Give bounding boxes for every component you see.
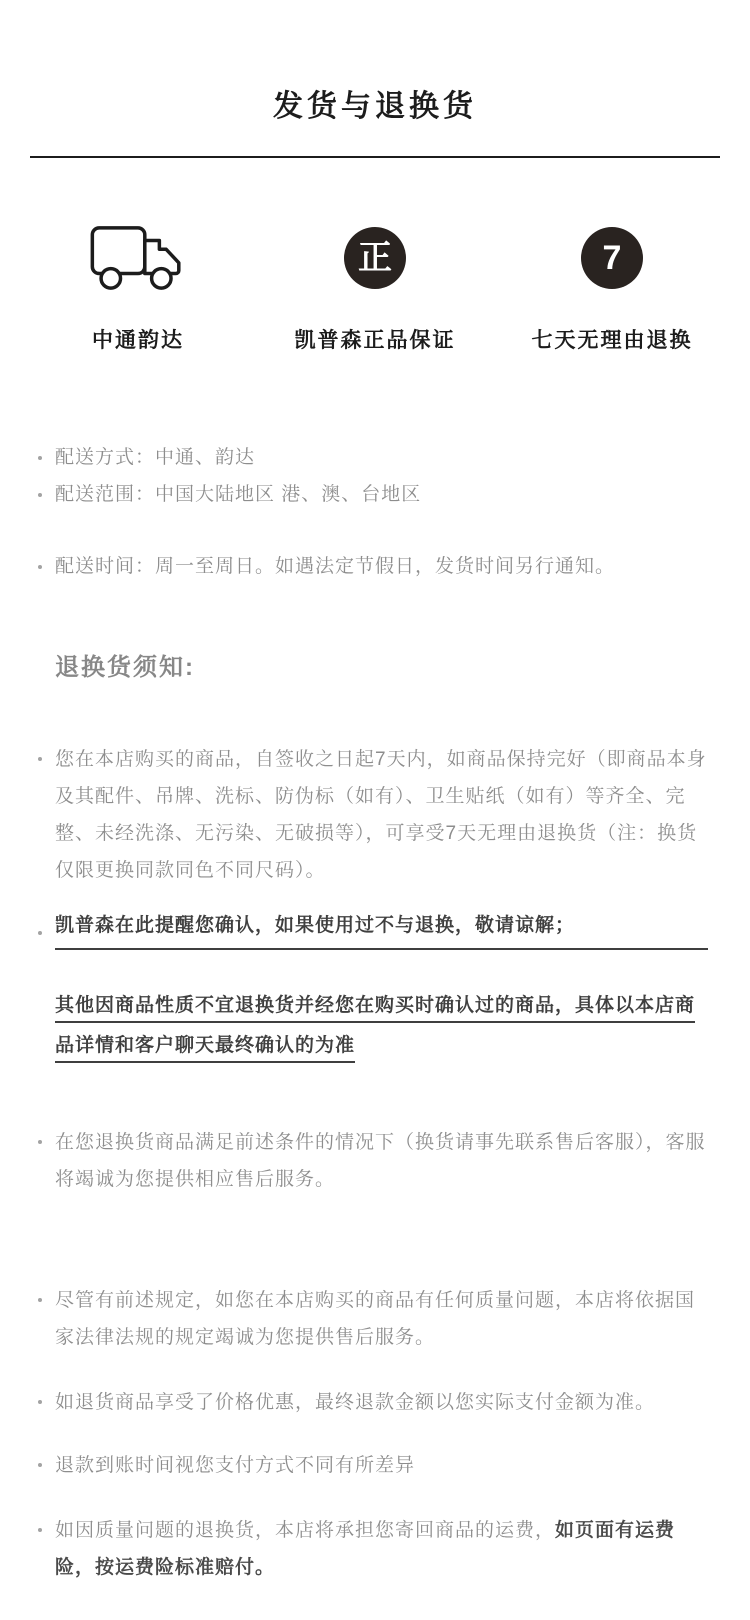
list-item-quality-issue: 尽管有前述规定，如您在本店购买的商品有任何质量问题，本店将依据国家法律法规的规定… [38, 1282, 708, 1356]
bullet-dot [38, 931, 42, 935]
feature-label-seven-day: 七天无理由退换 [532, 328, 693, 354]
list-item-after-sales-service: 在您退换货商品满足前述条件的情况下（换货请事先联系售后客服），客服将竭诚为您提供… [38, 1124, 708, 1198]
list-item-refund-time: 退款到账时间视您支付方式不同有所差异 [38, 1447, 708, 1484]
returns-info-list: 您在本店购买的商品，自签收之日起7天内，如商品保持完好（即商品本身及其配件、吊牌… [0, 741, 750, 1586]
truck-icon [86, 224, 190, 292]
feature-row: 中通韵达 正 凯普森正品保证 7 七天无理由退换 [0, 158, 750, 354]
returns-section-heading: 退换货须知: [0, 651, 750, 685]
list-item-return-freight: 如因质量问题的退换货，本店将承担您寄回商品的运费，如页面有运费险，按运费险标准赔… [38, 1512, 708, 1586]
bullet-dot [38, 565, 42, 569]
feature-shipping-carriers: 中通韵达 [22, 224, 254, 354]
authentic-badge-icon: 正 [344, 224, 406, 292]
list-item-other-goods: 其他因商品性质不宜退换货并经您在购买时确认过的商品，具体以本店商品详情和客户聊天… [38, 986, 708, 1066]
list-item-usage-reminder: 凯普森在此提醒您确认，如果使用过不与退换，敬请谅解； [38, 913, 708, 950]
bullet-dot [38, 1463, 42, 1467]
freight-normal-text: 如因质量问题的退换货，本店将承担您寄回商品的运费， [55, 1520, 555, 1541]
bullet-dot [38, 1400, 42, 1404]
bullet-dot [38, 1298, 42, 1302]
feature-label-carriers: 中通韵达 [92, 328, 184, 354]
seven-day-badge-icon: 7 [581, 224, 643, 292]
feature-authentic-guarantee: 正 凯普森正品保证 [259, 224, 491, 354]
list-item-return-policy: 您在本店购买的商品，自签收之日起7天内，如商品保持完好（即商品本身及其配件、吊牌… [38, 741, 708, 889]
bullet-dot [38, 1140, 42, 1144]
list-item-refund-amount: 如退货商品享受了价格优惠，最终退款金额以您实际支付金额为准。 [38, 1384, 708, 1421]
bullet-dot [38, 456, 42, 460]
bullet-dot [38, 757, 42, 761]
feature-seven-day-return: 7 七天无理由退换 [496, 224, 728, 354]
shipping-info-list: 配送方式：中通、韵达 配送范围：中国大陆地区 港、澳、台地区 配送时间：周一至周… [0, 446, 750, 579]
bullet-dot [38, 493, 42, 497]
list-item-shipping-time: 配送时间：周一至周日。如遇法定节假日，发货时间另行通知。 [38, 555, 708, 579]
shipping-returns-page: 发货与退换货 中通韵达 正 凯普森正品保证 7 七天无 [0, 0, 750, 1620]
list-item-shipping-area: 配送范围：中国大陆地区 港、澳、台地区 [38, 483, 708, 507]
page-title: 发货与退换货 [0, 0, 750, 130]
bullet-dot [38, 1528, 42, 1532]
list-item-shipping-method: 配送方式：中通、韵达 [38, 446, 708, 470]
feature-label-authentic: 凯普森正品保证 [295, 328, 456, 354]
